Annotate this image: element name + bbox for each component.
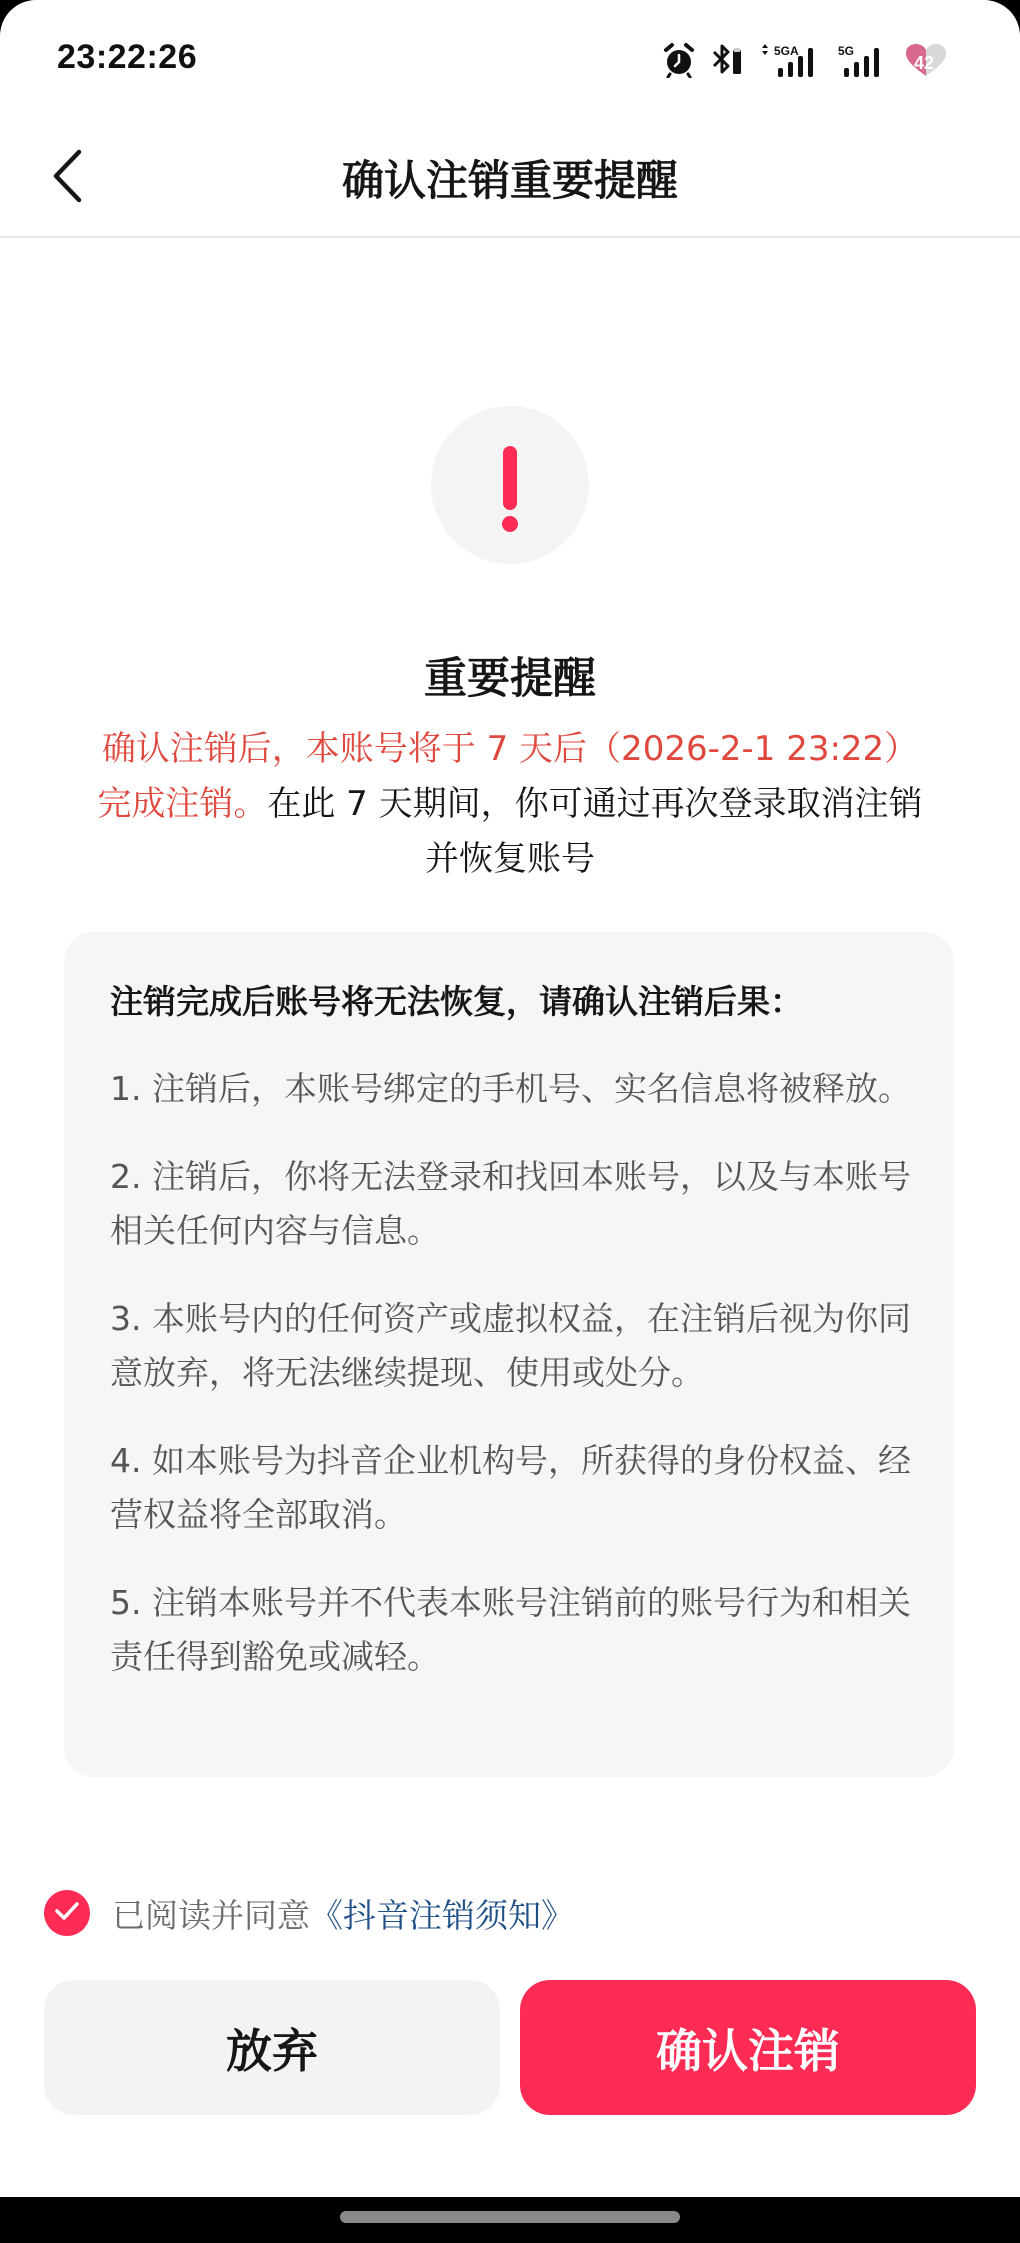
list-item: 5. 注销本账号并不代表本账号注销前的账号行为和相关责任得到豁免或减轻。 (110, 1576, 930, 1684)
alarm-icon (662, 42, 696, 78)
agreement-text: 已阅读并同意 (112, 1890, 310, 1937)
list-item: 4. 如本账号为抖音企业机构号，所获得的身份权益、经营权益将全部取消。 (110, 1434, 930, 1542)
bluetooth-icon (710, 42, 744, 78)
list-item: 2. 注销后，你将无法登录和找回本账号，以及与本账号相关任何内容与信息。 (110, 1150, 930, 1258)
consequences-title: 注销完成后账号将无法恢复，请确认注销后果： (110, 974, 930, 1029)
consequences-list: 1. 注销后，本账号绑定的手机号、实名信息将被释放。 2. 注销后，你将无法登录… (110, 1062, 930, 1718)
confirm-cancellation-button[interactable]: 确认注销 (520, 1980, 976, 2115)
agree-checkbox[interactable] (44, 1890, 90, 1936)
list-item: 3. 本账号内的任何资产或虚拟权益，在注销后视为你同意放弃，将无法继续提现、使用… (110, 1292, 930, 1400)
warning-recovery-text: 在此 7 天期间，你可通过再次登录取消注销并恢复账号 (267, 784, 922, 879)
agreement-row: 已阅读并同意 《抖音注销须知》 (44, 1888, 574, 1938)
checkmark-icon (54, 1900, 80, 1926)
list-item: 1. 注销后，本账号绑定的手机号、实名信息将被释放。 (110, 1062, 930, 1116)
svg-text:5G: 5G (838, 44, 854, 58)
home-indicator[interactable] (340, 2211, 680, 2223)
warning-badge (431, 406, 589, 564)
svg-text:42: 42 (914, 53, 934, 73)
status-time: 23:22:26 (57, 38, 197, 77)
consequences-card: 注销完成后账号将无法恢复，请确认注销后果： 1. 注销后，本账号绑定的手机号、实… (64, 932, 954, 1777)
abandon-button[interactable]: 放弃 (44, 1980, 500, 2115)
svg-text:5GA: 5GA (774, 44, 799, 58)
warning-description: 确认注销后，本账号将于 7 天后（2026-2-1 23:22）完成注销。在此 … (92, 722, 928, 887)
page-title: 确认注销重要提醒 (0, 148, 1020, 208)
screen: 23:22:26 5GA (0, 0, 1020, 2197)
status-icons: 5GA 5G 42 (662, 40, 948, 80)
cancellation-notice-link[interactable]: 《抖音注销须知》 (310, 1890, 574, 1937)
battery-heart-icon: 42 (904, 42, 948, 78)
signal-5ga-icon: 5GA (758, 42, 824, 78)
nav-bar: 确认注销重要提醒 (0, 120, 1020, 238)
warning-title: 重要提醒 (0, 645, 1020, 706)
signal-5g-icon: 5G (838, 42, 890, 78)
